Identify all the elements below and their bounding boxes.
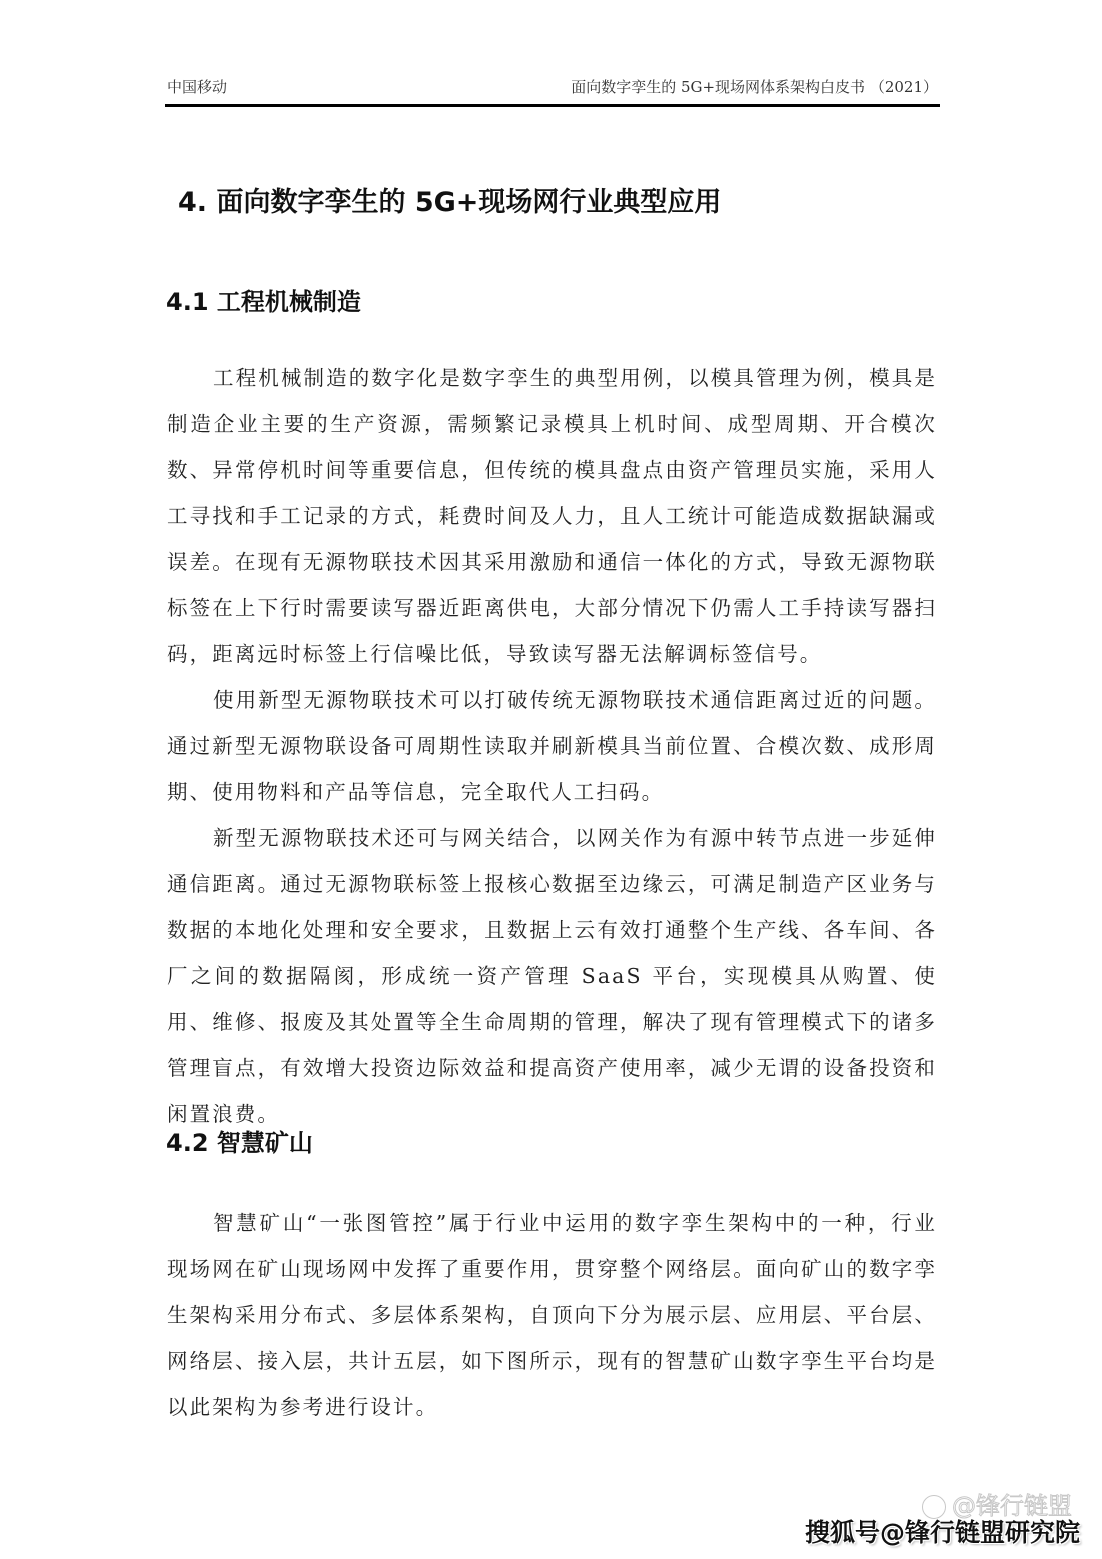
page-header: 中国移动 面向数字孪生的 5G+现场网体系架构白皮书 （2021） bbox=[165, 76, 940, 107]
paragraph: 工程机械制造的数字化是数字孪生的典型用例，以模具管理为例，模具是制造企业主要的生… bbox=[167, 355, 937, 677]
paragraph: 新型无源物联技术还可与网关结合，以网关作为有源中转节点进一步延伸通信距离。通过无… bbox=[167, 815, 937, 1137]
header-org-name: 中国移动 bbox=[167, 76, 227, 97]
chapter-title: 4. 面向数字孪生的 5G+现场网行业典型应用 bbox=[178, 180, 721, 219]
watermark-main: 搜狐号@锋行链盟研究院 bbox=[805, 1513, 1080, 1549]
paragraph: 使用新型无源物联技术可以打破传统无源物联技术通信距离过近的问题。通过新型无源物联… bbox=[167, 677, 937, 815]
section-title-4-2: 4.2 智慧矿山 bbox=[166, 1123, 313, 1158]
paragraph: 智慧矿山“一张图管控”属于行业中运用的数字孪生架构中的一种，行业现场网在矿山现场… bbox=[167, 1200, 937, 1430]
header-document-title: 面向数字孪生的 5G+现场网体系架构白皮书 （2021） bbox=[571, 76, 938, 97]
section-title-4-1: 4.1 工程机械制造 bbox=[166, 282, 361, 317]
